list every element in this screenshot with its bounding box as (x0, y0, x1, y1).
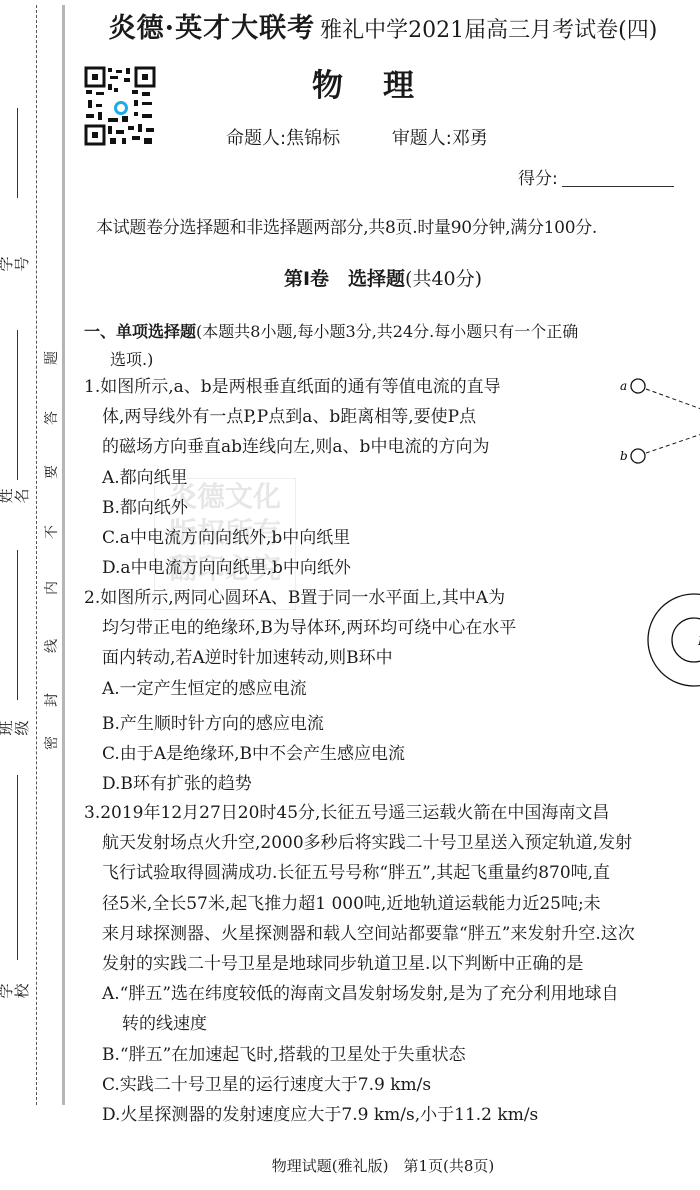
exam-header: 炎德·英才大联考 雅礼中学2021届高三月考试卷(四) (66, 6, 700, 45)
reviewer-label: 审题人:邓勇 (392, 124, 488, 150)
seal-dashed-line (36, 5, 37, 1105)
subject-title: 物理 (66, 60, 700, 105)
ring-b-icon (672, 618, 700, 662)
dashed-line-aP (646, 389, 700, 422)
score-field: 得分: (518, 164, 674, 189)
exam-intro: 本试题卷分选择题和非选择题两部分,共8页.时量90分钟,满分100分. (96, 213, 597, 238)
question-stem: 2019年12月27日20时45分,长征五号遥三运载火箭在中国海南文昌 (100, 803, 609, 823)
page-footer: 物理试题(雅礼版) 第1页(共8页) (66, 1155, 700, 1176)
option-d[interactable]: D.a中电流方向向纸里,b中向纸外 (84, 553, 501, 583)
section-title: 第Ⅰ卷 选择题 (284, 268, 405, 290)
field-label-class: 班级 (0, 718, 30, 738)
school-line (17, 775, 18, 960)
seal-char: 内 (41, 579, 61, 597)
question-number: 3. (84, 803, 100, 823)
question-stem: 来月球探测器、火星探测器和载人空间站都要靠“胖五”来发射升空.这次 (84, 919, 635, 949)
option-a[interactable]: A.都向纸里 (84, 463, 501, 493)
part-desc-cont: 选项.) (84, 346, 684, 374)
option-d[interactable]: D.B环有扩张的趋势 (84, 769, 516, 799)
exam-title: 雅礼中学2021届高三月考试卷(四) (320, 18, 657, 43)
part-heading: 一、单项选择题(本题共8小题,每小题3分,共24分.每小题只有一个正确 选项.) (84, 318, 684, 374)
question-number: 2. (84, 588, 100, 608)
wire-b-icon (631, 449, 645, 463)
wire-a-icon (631, 379, 645, 393)
dashed-line-bP (646, 422, 700, 453)
question-stem: 体,两导线外有一点P,P点到a、b距离相等,要使P点 (84, 402, 501, 432)
question-stem: 面内转动,若A逆时针加速转动,则B环中 (84, 643, 516, 673)
option-c[interactable]: C.实践二十号卫星的运行速度大于7.9 km/s (84, 1070, 635, 1100)
part-desc: (本题共8小题,每小题3分,共24分.每小题只有一个正确 (196, 322, 578, 341)
option-b[interactable]: B.都向纸外 (84, 493, 501, 523)
label-a: a (620, 379, 627, 393)
seal-char: 题 (41, 349, 61, 367)
score-blank[interactable] (562, 186, 674, 187)
option-b[interactable]: B.产生顺时针方向的感应电流 (84, 709, 516, 739)
option-a-cont: 转的线速度 (84, 1009, 635, 1039)
brand-name: 炎德·英才大联考 (109, 13, 315, 44)
student-id-line (17, 108, 18, 198)
field-label-student-id: 学号 (0, 254, 30, 274)
seal-char: 封 (41, 691, 61, 709)
question-number: 1. (84, 377, 100, 397)
question-2: 2.如图所示,两同心圆环A、B置于同一水平面上,其中A为 均匀带正电的绝缘环,B… (84, 583, 516, 799)
score-label: 得分: (518, 169, 558, 189)
question-3: 3.2019年12月27日20时45分,长征五号遥三运载火箭在中国海南文昌 航天… (84, 798, 635, 1130)
question-1: 1.如图所示,a、b是两根垂直纸面的通有等值电流的直导 体,两导线外有一点P,P… (84, 372, 501, 583)
option-b[interactable]: B.“胖五”在加速起飞时,搭载的卫星处于失重状态 (84, 1040, 635, 1070)
question-stem: 发射的实践二十号卫星是地球同步轨道卫星.以下判断中正确的是 (84, 949, 635, 979)
section-points: (共40分) (405, 268, 482, 290)
field-label-name: 姓名 (0, 486, 30, 506)
section-heading: 第Ⅰ卷 选择题(共40分) (66, 264, 700, 291)
figure-wires-diagram: a b P (606, 370, 700, 470)
option-a[interactable]: A.“胖五”选在纬度较低的海南文昌发射场发射,是为了充分利用地球自 (84, 979, 635, 1009)
question-stem: 航天发射场点火升空,2000多秒后将实践二十号卫星送入预定轨道,发射 (84, 828, 635, 858)
seal-char: 答 (41, 409, 61, 427)
option-c[interactable]: C.a中电流方向向纸外,b中向纸里 (84, 523, 501, 553)
option-d[interactable]: D.火星探测器的发射速度应大于7.9 km/s,小于11.2 km/s (84, 1100, 635, 1130)
label-b: b (620, 449, 628, 463)
question-stem: 飞行试验取得圆满成功.长征五号号称“胖五”,其起飞重量约870吨,直 (84, 858, 635, 888)
option-a[interactable]: A.一定产生恒定的感应电流 (84, 674, 516, 704)
part-title: 一、单项选择题 (84, 322, 196, 341)
margin-bar (62, 5, 65, 1105)
question-stem: 如图所示,a、b是两根垂直纸面的通有等值电流的直导 (100, 377, 500, 397)
seal-char: 不 (41, 523, 61, 541)
name-line (17, 330, 18, 480)
class-line (17, 550, 18, 700)
binding-margin: 学号 姓名 班级 学校 密 封 线 内 不 要 答 题 (0, 0, 66, 1190)
figure-rings-diagram: A B (641, 585, 700, 700)
question-stem: 均匀带正电的绝缘环,B为导体环,两环均可绕中心在水平 (84, 613, 516, 643)
question-stem: 径5米,全长57米,起飞推力超1 000吨,近地轨道运载能力近25吨;未 (84, 889, 635, 919)
seal-char: 密 (41, 734, 61, 752)
question-stem: 的磁场方向垂直ab连线向左,则a、b中电流的方向为 (84, 432, 501, 462)
seal-char: 线 (41, 637, 61, 655)
authors-line: 命题人:焦锦标 审题人:邓勇 (226, 124, 488, 150)
option-c[interactable]: C.由于A是绝缘环,B中不会产生感应电流 (84, 739, 516, 769)
author-label: 命题人:焦锦标 (226, 124, 340, 150)
exam-page: 炎德·英才大联考 雅礼中学2021届高三月考试卷(四) (66, 0, 700, 1190)
question-stem: 如图所示,两同心圆环A、B置于同一水平面上,其中A为 (100, 588, 505, 608)
field-label-school: 学校 (0, 981, 30, 1001)
ring-a-icon (648, 594, 700, 686)
seal-char: 要 (41, 463, 61, 481)
